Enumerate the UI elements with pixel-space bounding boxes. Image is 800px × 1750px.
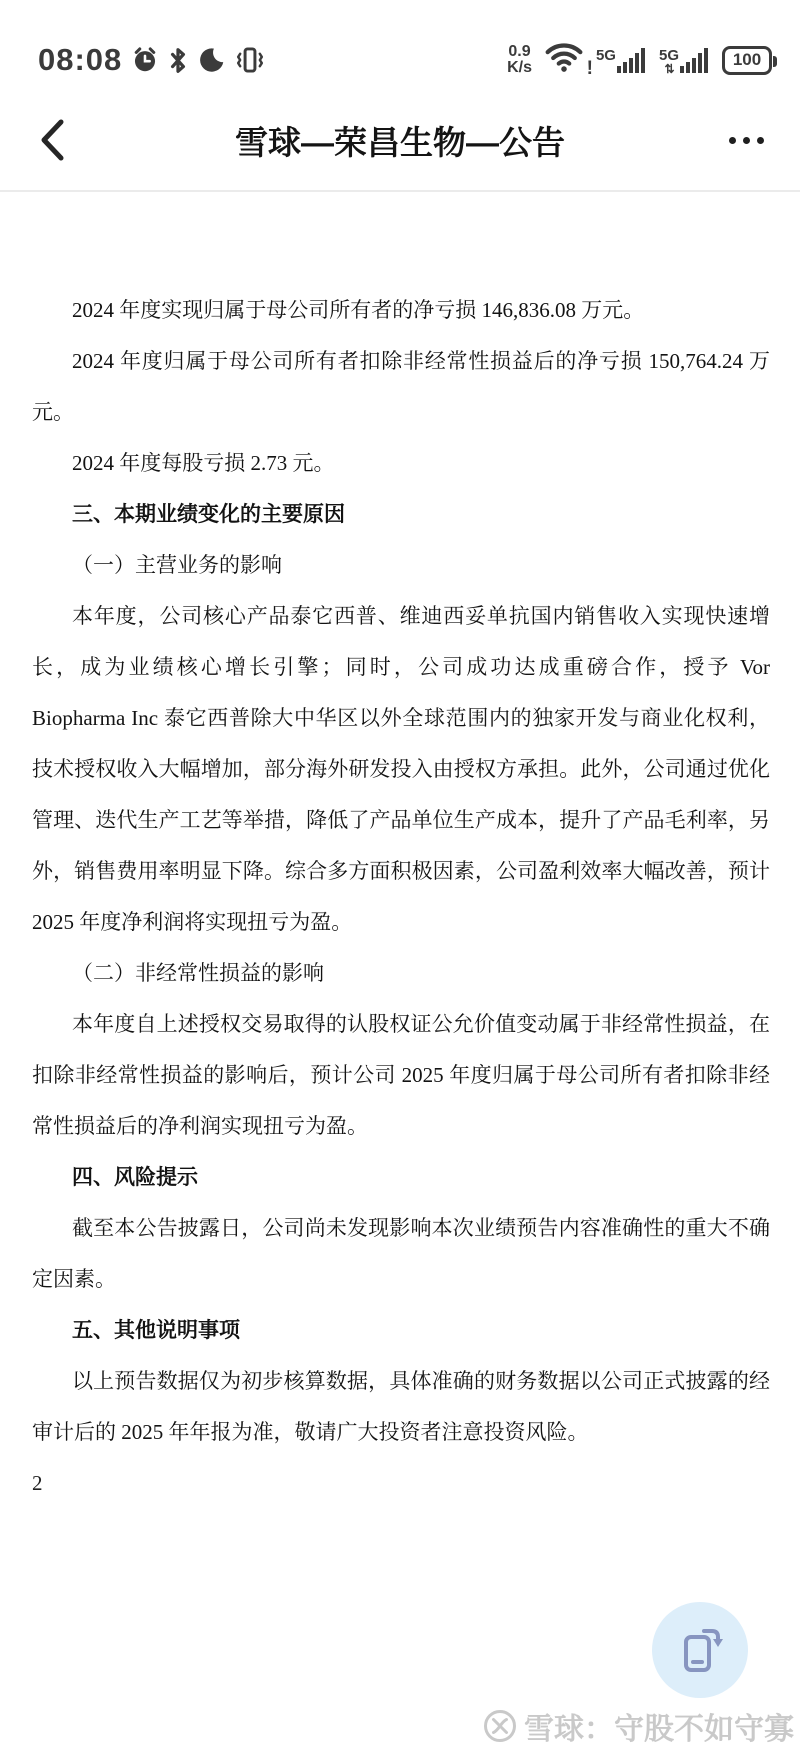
rotate-phone-icon: [672, 1622, 728, 1678]
doc-paragraph: 本年度，公司核心产品泰它西普、维迪西妥单抗国内销售收入实现快速增长，成为业绩核心…: [32, 591, 770, 948]
clock-time: 08:08: [38, 42, 122, 78]
phone-screen: 08:08 0.9 K/s: [0, 0, 800, 1750]
doc-heading: 五、其他说明事项: [32, 1305, 770, 1356]
more-menu-button[interactable]: [718, 126, 774, 154]
doc-paragraph: （一）主营业务的影响: [32, 540, 770, 591]
sim2-signal-bars-icon: [680, 45, 710, 75]
document-viewport[interactable]: 2024 年度实现归属于母公司所有者的净亏损 146,836.08 万元。202…: [0, 192, 800, 1509]
vibrate-icon: [234, 46, 266, 74]
more-dot: [729, 137, 736, 144]
doc-paragraph: 以上预告数据仅为初步核算数据，具体准确的财务数据以公司正式披露的经审计后的 20…: [32, 1356, 770, 1458]
doc-paragraph: 截至本公告披露日，公司尚未发现影响本次业绩预告内容准确性的重大不确定因素。: [32, 1203, 770, 1305]
sim1-signal: 5G: [596, 45, 647, 75]
alarm-icon: [131, 46, 159, 74]
doc-paragraph: 2024 年度归属于母公司所有者扣除非经常性损益后的净亏损 150,764.24…: [32, 336, 770, 438]
status-bar: 08:08 0.9 K/s: [0, 0, 800, 90]
document-body: 2024 年度实现归属于母公司所有者的净亏损 146,836.08 万元。202…: [32, 285, 770, 1458]
sim2-network-label: 5G: [659, 48, 679, 63]
xueqiu-watermark: 雪球：守股不如守寡: [483, 1704, 794, 1748]
doc-paragraph: （二）非经常性损益的影响: [32, 948, 770, 999]
bluetooth-icon: [168, 47, 188, 74]
doc-paragraph: 2024 年度实现归属于母公司所有者的净亏损 146,836.08 万元。: [32, 285, 770, 336]
doc-paragraph: 本年度自上述授权交易取得的认股权证公允价值变动属于非经常性损益，在扣除非经常性损…: [32, 999, 770, 1152]
sim2-signal: 5G ⇅: [659, 45, 710, 75]
wifi-icon: [544, 42, 584, 73]
watermark-text: 雪球：守股不如守寡: [524, 1704, 794, 1748]
more-dot: [743, 137, 750, 144]
wifi-status: !: [544, 42, 584, 78]
sim2-updown-arrows-icon: ⇅: [664, 63, 673, 75]
battery-percent: 100: [733, 50, 761, 70]
status-right-group: 0.9 K/s ! 5G: [507, 42, 772, 78]
do-not-disturb-moon-icon: [197, 46, 225, 74]
sim1-signal-bars-icon: [617, 45, 647, 75]
battery-indicator: 100: [722, 46, 772, 75]
network-speed: 0.9 K/s: [507, 44, 532, 77]
network-speed-unit: K/s: [507, 60, 532, 76]
status-left-group: 08:08: [38, 42, 266, 78]
more-dot: [757, 137, 764, 144]
xueqiu-logo-icon: [483, 1709, 517, 1743]
wifi-alert-mark: !: [587, 58, 593, 80]
page-title: 雪球—荣昌生物—公告: [0, 90, 800, 190]
doc-heading: 三、本期业绩变化的主要原因: [32, 489, 770, 540]
nav-bar: 雪球—荣昌生物—公告: [0, 90, 800, 192]
doc-paragraph: 2024 年度每股亏损 2.73 元。: [32, 438, 770, 489]
rotate-screen-button[interactable]: [652, 1602, 748, 1698]
sim1-network-label: 5G: [596, 48, 616, 63]
doc-heading: 四、风险提示: [32, 1152, 770, 1203]
network-speed-value: 0.9: [508, 44, 530, 60]
pdf-page-number: 2: [32, 1458, 770, 1509]
